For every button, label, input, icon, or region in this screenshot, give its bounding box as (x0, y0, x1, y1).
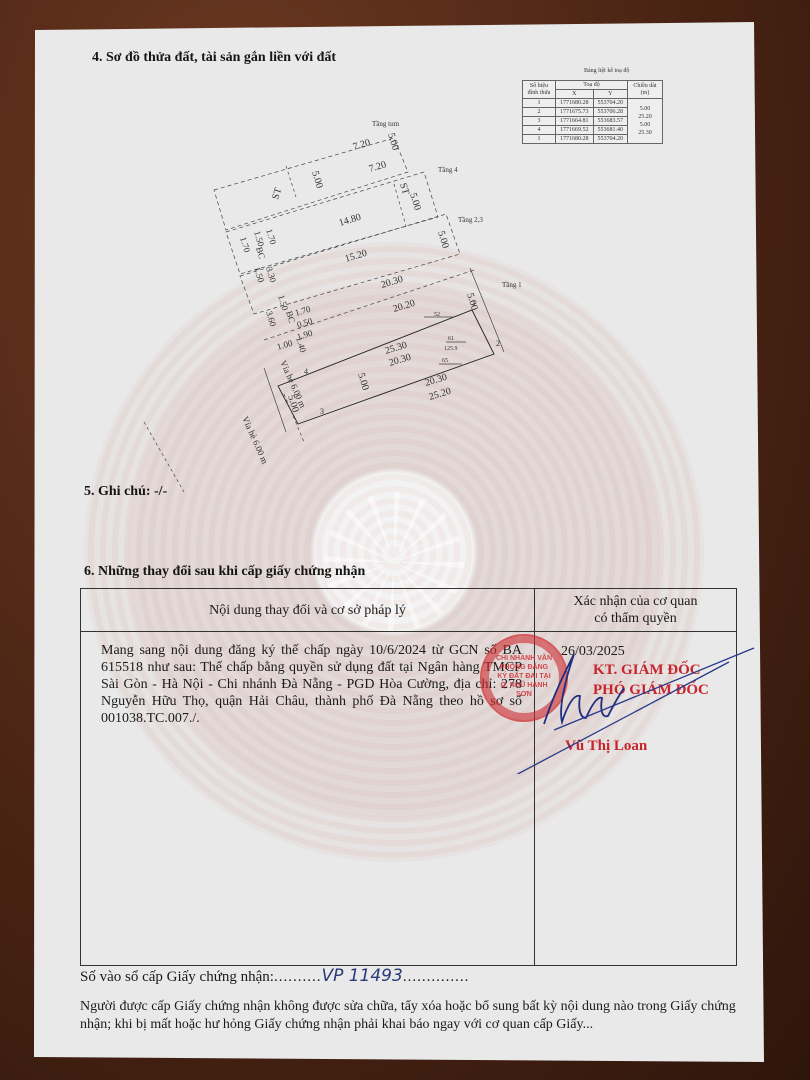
stamp-title-deputy: PHÓ GIÁM ĐỐC (593, 682, 709, 699)
change-entry-cell: Mang sang nội dung đăng ký thế chấp ngày… (81, 632, 535, 966)
parcel-number: 52 (434, 312, 440, 318)
registry-number-line: Số vào sổ cấp Giấy chứng nhận:..........… (80, 966, 469, 986)
dim-label: 7.20 (368, 159, 388, 175)
section-5-heading: 5. Ghi chú: -/- (84, 484, 167, 500)
dim-label: 3.60 (264, 310, 278, 328)
label-bc: BC (254, 246, 267, 260)
dim-label: 5.00 (309, 170, 325, 190)
dim-label: 14.80 (338, 212, 363, 229)
change-entry-text: Mang sang nội dung đăng ký thế chấp ngày… (81, 632, 534, 727)
parcel-number: 65 (442, 358, 448, 364)
notice-text: Người được cấp Giấy chứng nhận không đượ… (80, 998, 740, 1034)
dim-label: 3.30 (264, 266, 278, 284)
dim-label: 1.50 (276, 294, 290, 312)
parcel-area: 125.9 (444, 346, 458, 352)
confirm-header-line1: Xác nhận của cơ quan (535, 593, 736, 610)
registry-number: VP 11493 (321, 966, 402, 986)
dim-label: 25.20 (428, 386, 453, 403)
signer-name: Vũ Thị Loan (565, 738, 647, 755)
floor-label-1: Tầng 1 (502, 281, 522, 289)
parcel-number: 61 (448, 336, 454, 342)
dim-label: 5.00 (435, 230, 451, 250)
confirmation-date: 26/03/2025 (561, 644, 625, 660)
sidewalk-label: Vỉa hè 6.00 m (240, 415, 270, 466)
section-6-heading: 6. Những thay đổi sau khi cấp giấy chứng… (84, 564, 365, 580)
dim-label: 1.00 (276, 338, 294, 352)
confirm-header-line2: có thẩm quyền (535, 610, 736, 627)
floor-label-tum: Tầng tum (372, 120, 400, 128)
dim-label: 1.70 (238, 236, 252, 254)
official-seal: CHI NHÁNH VĂN PHÒNG ĐĂNG KÝ ĐẤT ĐAI TẠI … (480, 634, 568, 722)
label-st: ST (270, 186, 284, 200)
stamp-title-director: KT. GIÁM ĐỐC (593, 662, 701, 679)
dim-label: 0.50 (296, 316, 314, 330)
vertex-label: 1 (472, 299, 476, 308)
dim-label: 15.20 (344, 248, 369, 265)
changes-col-content-header: Nội dung thay đổi và cơ sở pháp lý (81, 589, 535, 632)
floor-outline-tum (214, 138, 408, 230)
certificate-page: 4. Sơ đồ thửa đất, tài sản gắn liền với … (34, 22, 764, 1062)
seal-text: CHI NHÁNH VĂN PHÒNG ĐĂNG KÝ ĐẤT ĐAI TẠI … (496, 654, 552, 699)
dim-label: 7.20 (352, 137, 372, 153)
plot-diagram: Tầng tum Tầng 4 Tầng 2,3 Tầng 1 ST ST 7.… (34, 22, 764, 502)
registry-label: Số vào sổ cấp Giấy chứng nhận: (80, 969, 274, 985)
dim-label: 5.00 (355, 372, 371, 392)
dim-label: 5.00 (385, 132, 401, 152)
vertex-label: 2 (496, 339, 500, 348)
vertex-label: 4 (304, 367, 308, 376)
changes-table: Nội dung thay đổi và cơ sở pháp lý Xác n… (80, 588, 737, 966)
changes-col-confirm-header: Xác nhận của cơ quan có thẩm quyền (535, 589, 737, 632)
vertex-label: 3 (320, 407, 324, 416)
dim-label: 5.00 (407, 192, 423, 212)
dim-label: 20.20 (392, 298, 417, 315)
floor-label-4: Tầng 4 (438, 166, 458, 174)
floor-label-23: Tầng 2,3 (458, 216, 483, 224)
